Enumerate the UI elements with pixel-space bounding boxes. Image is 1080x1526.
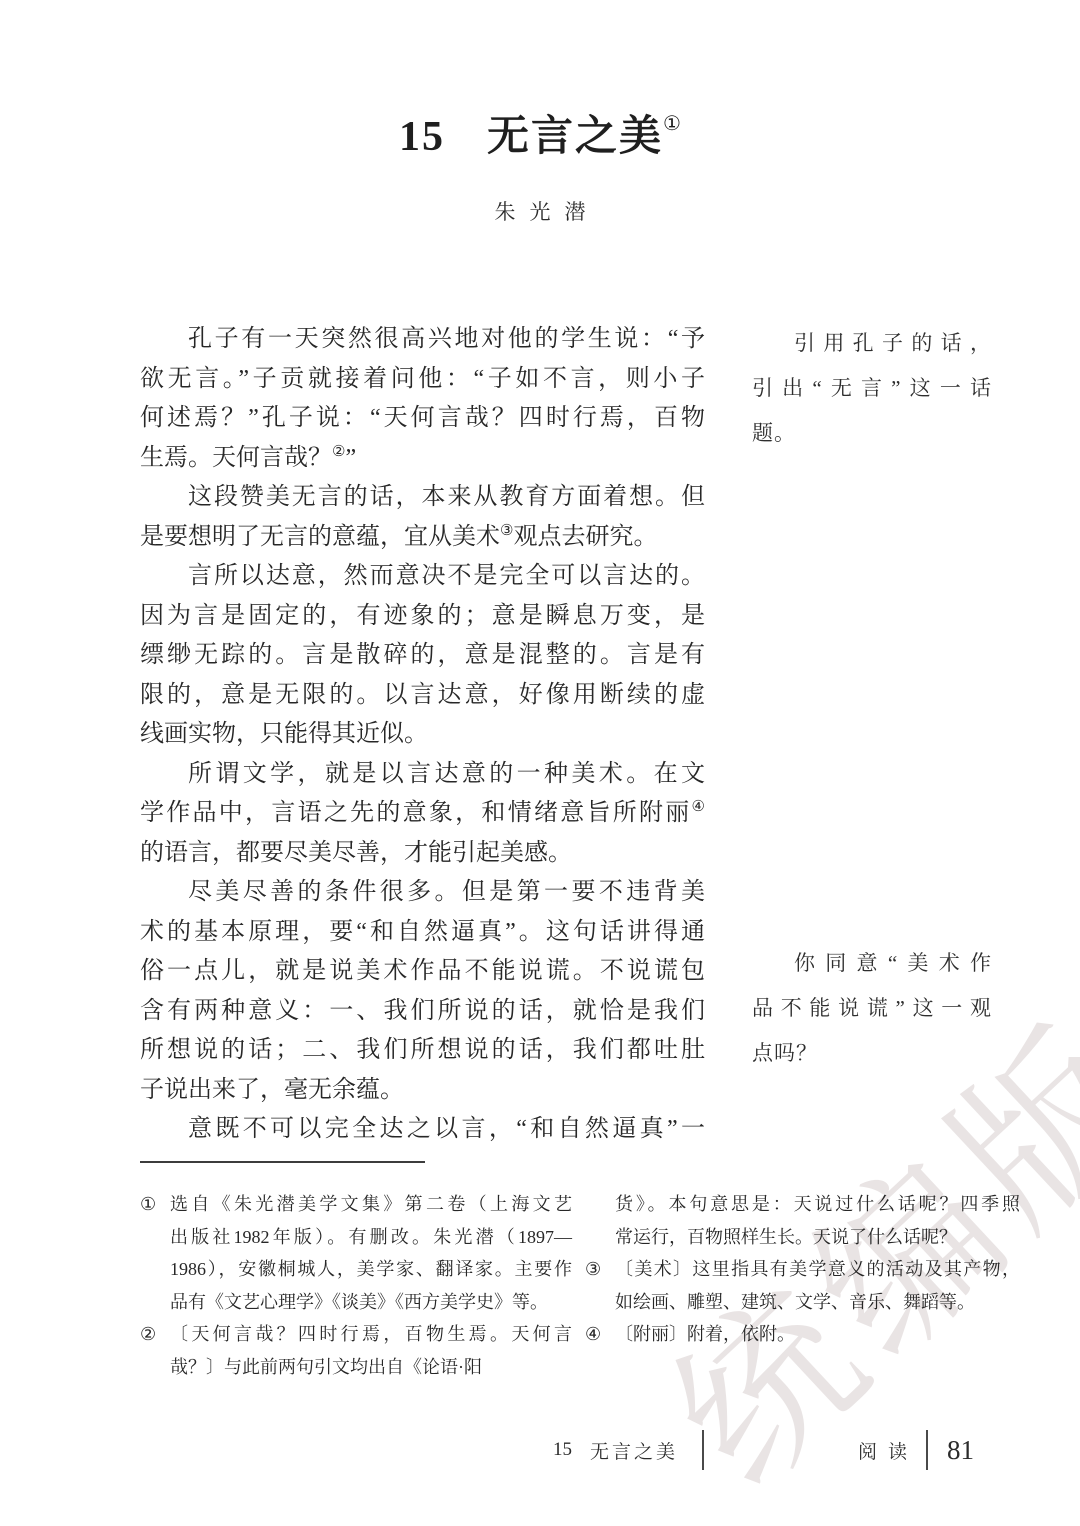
page-number: 81: [947, 1435, 974, 1466]
title-footnote-ref: ①: [663, 113, 681, 135]
footnote-marker: ①: [140, 1188, 156, 1221]
margin-note-line: 题。: [752, 411, 992, 456]
footnote-line: 哉？〕与此前两句引文均出自《论语·阳: [170, 1351, 572, 1384]
text-line: 生焉。天何言哉？②”: [140, 439, 705, 479]
body-column: 孔子有一天突然很高兴地对他的学生说：“予欲无言。”子贡就接着问他：“子如不言，则…: [140, 320, 705, 1150]
footer-lesson-title: 无言之美: [590, 1437, 678, 1464]
page-content: 15无言之美① 朱光潜 孔子有一天突然很高兴地对他的学生说：“予欲无言。”子贡就…: [0, 0, 1080, 1526]
text-line: 限的，意是无限的。以言达意，好像用断续的虚: [140, 676, 705, 716]
paragraph: 所谓文学，就是以言达意的一种美术。在文学作品中，言语之先的意象，和情绪意旨所附丽…: [140, 755, 705, 874]
text-line: 尽美尽善的条件很多。但是第一要不违背美: [140, 873, 705, 913]
text-line: 这段赞美无言的话，本来从教育方面着想。但: [140, 478, 705, 518]
paragraph: 这段赞美无言的话，本来从教育方面着想。但是要想明了无言的意蕴，宜从美术③观点去研…: [140, 478, 705, 557]
margin-note-line: 品不能说谎”这一观: [752, 986, 992, 1031]
text-line: 所谓文学，就是以言达意的一种美术。在文: [140, 755, 705, 795]
lesson-title-text: 无言之美: [487, 114, 663, 160]
text-line: 学作品中，言语之先的意象，和情绪意旨所附丽④: [140, 794, 705, 834]
footnote-line: 1986），安徽桐城人，美学家、翻译家。主要作: [170, 1253, 572, 1286]
margin-note-line: 你同意“美术作: [752, 941, 992, 986]
footer-divider-bar: [702, 1430, 704, 1470]
footer-section: 阅读 81: [858, 1426, 974, 1474]
footnote-line: 选自《朱光潜美学文集》第二卷（上海文艺: [170, 1188, 572, 1221]
footer-divider-bar: [926, 1430, 928, 1470]
footer-lesson: 15 无言之美: [553, 1428, 704, 1472]
text-line: 子说出来了，毫无余蕴。: [140, 1071, 705, 1111]
footnote-marker: ③: [585, 1253, 601, 1286]
footnote-marker: ②: [140, 1318, 156, 1351]
footnote: ④〔附丽〕附着，依附。: [585, 1318, 1020, 1351]
margin-note: 引用孔子的话，引出“无言”这一话题。: [752, 321, 992, 456]
footnote-line: 〔美术〕这里指具有美学意义的活动及其产物，: [615, 1253, 1020, 1286]
text-line: 含有两种意义：一、我们所说的话，就恰是我们: [140, 992, 705, 1032]
footnote-ref: ④: [692, 799, 705, 815]
footnote-line: 货》。本句意思是：天说过什么话呢？四季照: [615, 1188, 1020, 1221]
footnote-marker: ④: [585, 1318, 601, 1351]
paragraph: 孔子有一天突然很高兴地对他的学生说：“予欲无言。”子贡就接着问他：“子如不言，则…: [140, 320, 705, 478]
footnote-line: 〔附丽〕附着，依附。: [615, 1318, 1020, 1351]
margin-note-line: 引用孔子的话，: [752, 321, 992, 366]
fn-col-right: 货》。本句意思是：天说过什么话呢？四季照常运行，百物照样生长。天说了什么话呢？③…: [585, 1188, 1020, 1351]
lesson-number: 15: [399, 114, 445, 160]
footnote-divider: [140, 1161, 425, 1163]
lesson-title: 15无言之美①: [0, 103, 1080, 163]
footnote-line: 〔天何言哉？四时行焉，百物生焉。天何言: [170, 1318, 572, 1351]
text-line: 的语言，都要尽美尽善，才能引起美感。: [140, 834, 705, 874]
text-line: 言所以达意，然而意决不是完全可以言达的。: [140, 557, 705, 597]
footnote-line: 品有《文艺心理学》《谈美》《西方美学史》等。: [170, 1286, 572, 1319]
footnote-line: 出版社1982年版）。有删改。朱光潜（1897—: [170, 1221, 572, 1254]
footnote: ②〔天何言哉？四时行焉，百物生焉。天何言哉？〕与此前两句引文均出自《论语·阳: [140, 1318, 572, 1383]
margin-note-line: 点吗？: [752, 1031, 992, 1076]
footnote: 货》。本句意思是：天说过什么话呢？四季照常运行，百物照样生长。天说了什么话呢？: [585, 1188, 1020, 1253]
text-line: 缥缈无踪的。言是散碎的，意是混整的。言是有: [140, 636, 705, 676]
text-line: 因为言是固定的，有迹象的；意是瞬息万变，是: [140, 597, 705, 637]
textbook-page: { "page": { "lesson_number": "15", "titl…: [0, 0, 1080, 1526]
text-line: 俗一点儿，就是说美术作品不能说谎。不说谎包: [140, 952, 705, 992]
text-line: 线画实物，只能得其近似。: [140, 715, 705, 755]
text-line: 所想说的话；二、我们所想说的话，我们都吐肚: [140, 1031, 705, 1071]
fn-col-left: ①选自《朱光潜美学文集》第二卷（上海文艺出版社1982年版）。有删改。朱光潜（1…: [140, 1188, 572, 1383]
footnote-ref: ②: [332, 444, 345, 460]
paragraph: 意既不可以完全达之以言，“和自然逼真”一: [140, 1110, 705, 1150]
paragraph: 言所以达意，然而意决不是完全可以言达的。因为言是固定的，有迹象的；意是瞬息万变，…: [140, 557, 705, 755]
footer-lesson-number: 15: [553, 1439, 572, 1461]
author-name: 朱光潜: [0, 196, 1080, 226]
text-line: 何述焉？”孔子说：“天何言哉？四时行焉，百物: [140, 399, 705, 439]
footnote: ③〔美术〕这里指具有美学意义的活动及其产物，如绘画、雕塑、建筑、文学、音乐、舞蹈…: [585, 1253, 1020, 1318]
text-line: 欲无言。”子贡就接着问他：“子如不言，则小子: [140, 360, 705, 400]
margin-note: 你同意“美术作品不能说谎”这一观点吗？: [752, 941, 992, 1076]
text-line: 孔子有一天突然很高兴地对他的学生说：“予: [140, 320, 705, 360]
footer-section-label: 阅读: [858, 1437, 918, 1464]
footnote-line: 常运行，百物照样生长。天说了什么话呢？: [615, 1221, 1020, 1254]
footnote-ref: ③: [500, 523, 513, 539]
text-line: 是要想明了无言的意蕴，宜从美术③观点去研究。: [140, 518, 705, 558]
footnote-line: 如绘画、雕塑、建筑、文学、音乐、舞蹈等。: [615, 1286, 1020, 1319]
text-line: 术的基本原理，要“和自然逼真”。这句话讲得通: [140, 913, 705, 953]
paragraph: 尽美尽善的条件很多。但是第一要不违背美术的基本原理，要“和自然逼真”。这句话讲得…: [140, 873, 705, 1110]
text-line: 意既不可以完全达之以言，“和自然逼真”一: [140, 1110, 705, 1150]
footnote: ①选自《朱光潜美学文集》第二卷（上海文艺出版社1982年版）。有删改。朱光潜（1…: [140, 1188, 572, 1318]
margin-note-line: 引出“无言”这一话: [752, 366, 992, 411]
